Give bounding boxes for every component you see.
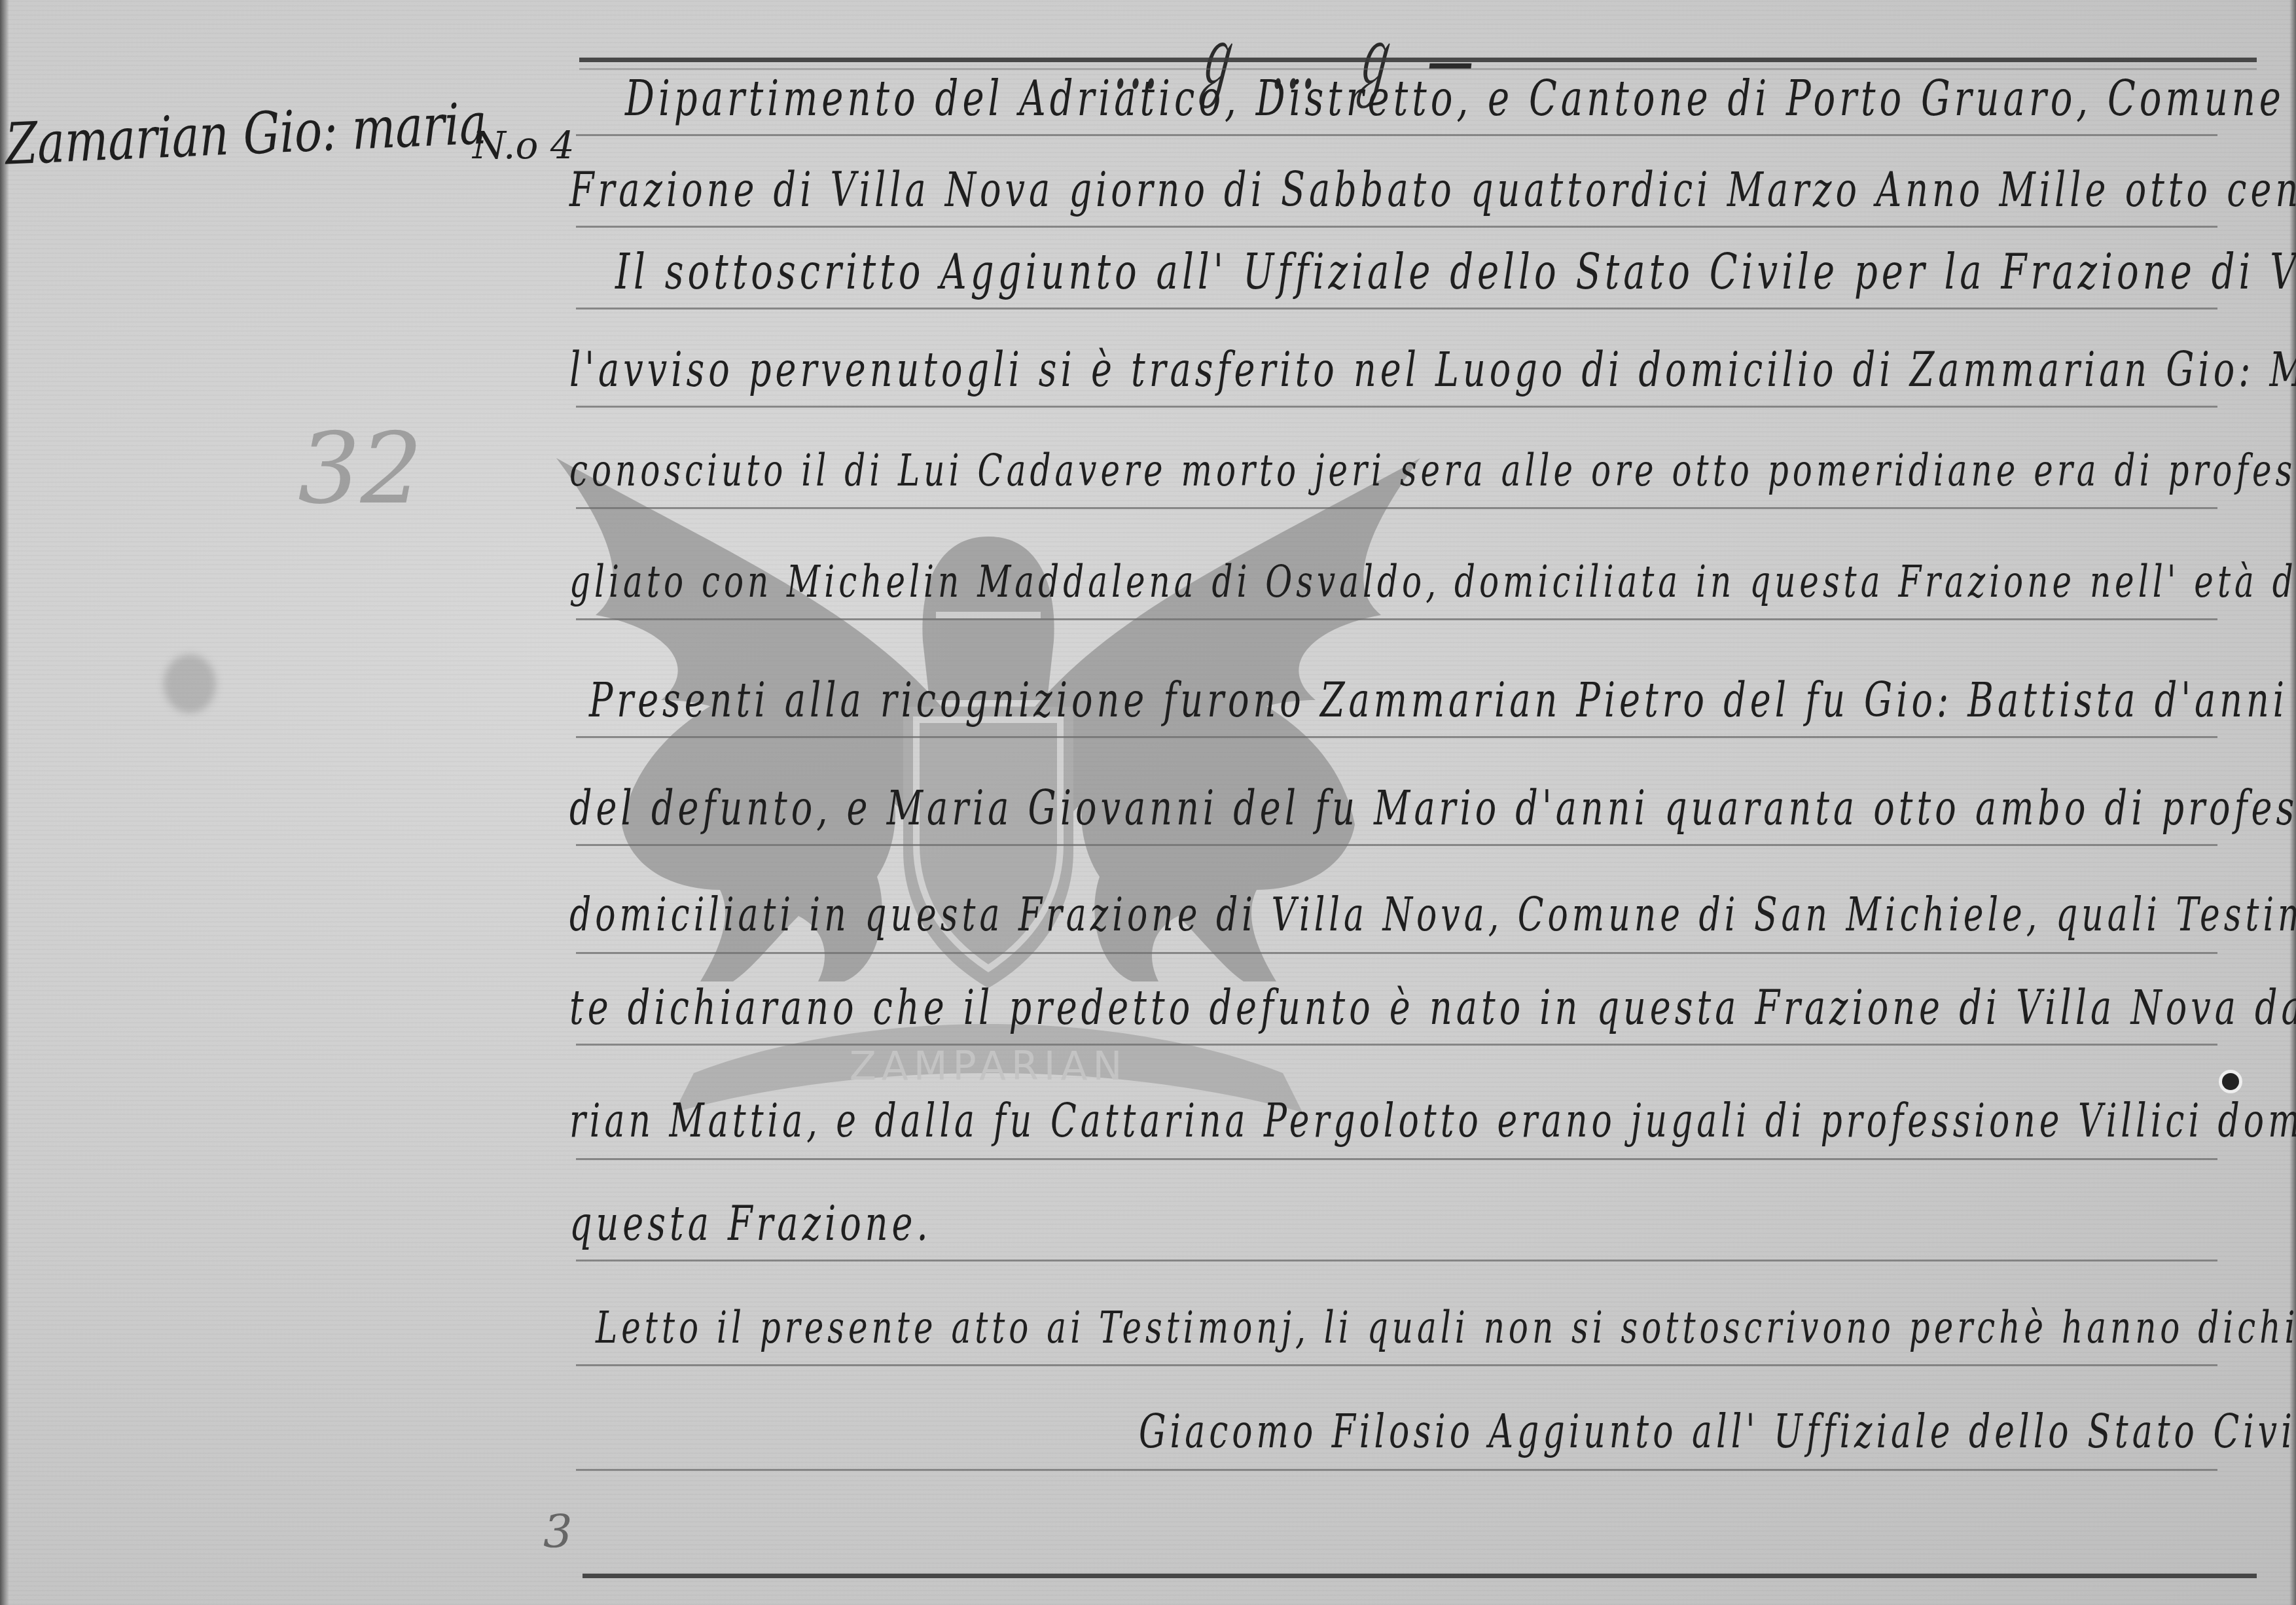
paper-hole xyxy=(2222,1073,2239,1090)
record-line-7: Presenti alla ricognizione furono Zammar… xyxy=(589,673,2244,728)
ruled-line xyxy=(576,406,2217,408)
ruled-line xyxy=(576,308,2217,309)
ruled-line xyxy=(576,507,2217,509)
record-line-2: Frazione di Villa Nova giorno di Sabbato… xyxy=(569,162,2244,218)
margin-record-number: N.o 4 xyxy=(473,123,575,168)
record-line-5: conosciuto il di Lui Cadavere morto jeri… xyxy=(569,445,2244,496)
ruled-line xyxy=(576,134,2217,136)
ruled-line xyxy=(576,1469,2217,1471)
record-line-12: questa Frazione. xyxy=(569,1196,2244,1252)
stain xyxy=(164,654,216,713)
record-line-11: rian Mattia, e dalla fu Cattarina Pergol… xyxy=(569,1095,2244,1148)
ruled-line xyxy=(576,618,2217,620)
official-signature: Giacomo Filosio Aggiunto all' Uffiziale … xyxy=(1139,1406,2244,1459)
record-line-6: gliato con Michelin Maddalena di Osvaldo… xyxy=(569,556,2244,607)
ruled-line xyxy=(576,1364,2217,1366)
ruled-line xyxy=(576,1260,2217,1261)
pencil-page-number: 32 xyxy=(298,412,423,526)
ruled-line xyxy=(576,844,2217,846)
ruled-line xyxy=(576,1158,2217,1160)
ruled-line xyxy=(576,226,2217,228)
record-line-10: te dichiarano che il predetto defunto è … xyxy=(569,980,2244,1036)
margin-bottom-mark: 3 xyxy=(543,1505,573,1559)
record-closing-line: Letto il presente atto ai Testimonj, li … xyxy=(596,1302,2244,1353)
ruled-line xyxy=(576,952,2217,954)
page-left-edge xyxy=(0,0,9,1605)
record-line-8: del defunto, e Maria Giovanni del fu Mar… xyxy=(569,781,2244,836)
record-line-4: l'avviso pervenutogli si è trasferito ne… xyxy=(569,342,2244,398)
ruled-line xyxy=(576,736,2217,738)
ruled-line xyxy=(576,1044,2217,1046)
record-line-1: Dipartimento del Adriatico, Distretto, e… xyxy=(625,70,2244,128)
record-line-3: Il sottoscritto Aggiunto all' Uffiziale … xyxy=(615,243,2244,301)
top-separator xyxy=(579,58,2257,62)
bottom-separator xyxy=(583,1574,2257,1578)
record-line-9: domiciliati in questa Frazione di Villa … xyxy=(569,889,2244,942)
